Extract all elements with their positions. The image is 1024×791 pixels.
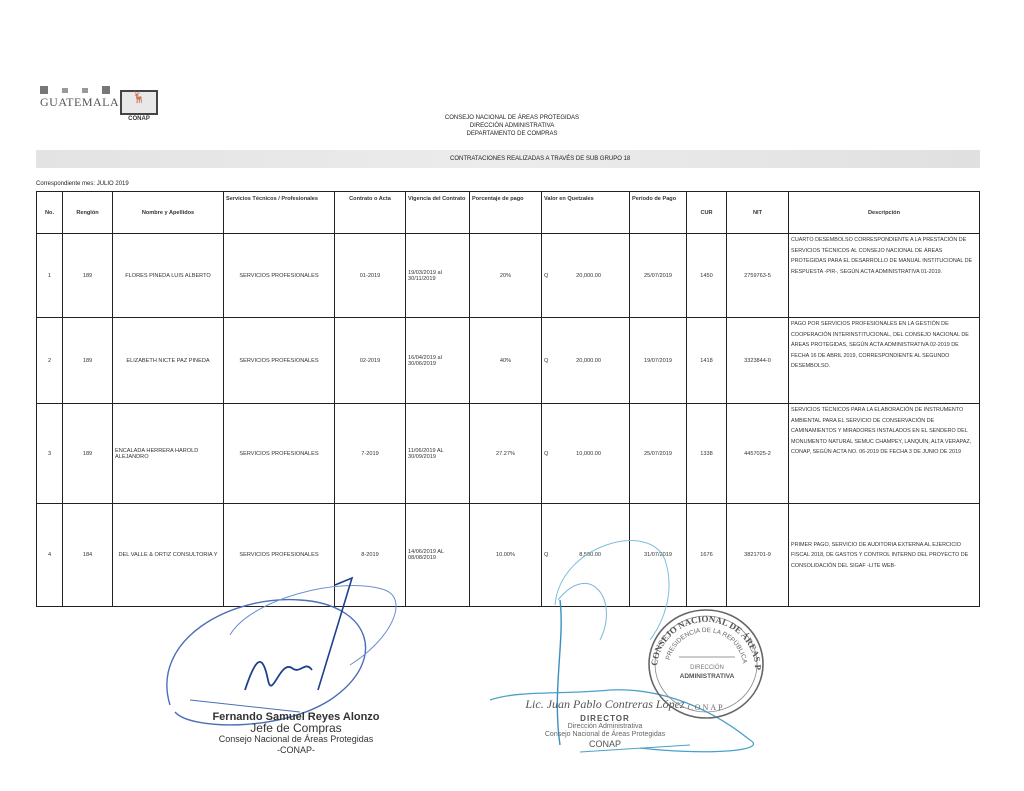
amount: 10,000.00 — [576, 451, 627, 457]
cell-valor: Q20,000.00 — [542, 234, 630, 318]
cell-porcentaje: 20% — [470, 234, 542, 318]
cell-no: 3 — [37, 404, 63, 504]
cell-periodo: 19/07/2019 — [630, 318, 687, 404]
cell-descripcion: PAGO POR SERVICIOS PROFESIONALES EN LA G… — [789, 318, 980, 404]
cell-contrato: 02-2019 — [335, 318, 406, 404]
cell-cur: 1338 — [687, 404, 727, 504]
signature-block-left: Fernando Samuel Reyes Alonzo Jefe de Com… — [196, 712, 396, 756]
cell-contrato: 8-2019 — [335, 504, 406, 607]
cell-vigencia: 11/06/2019 AL 30/09/2019 — [406, 404, 470, 504]
signer-org-short-right: CONAP — [505, 739, 705, 749]
document-header: CONSEJO NACIONAL DE ÁREAS PROTEGIDAS DIR… — [0, 114, 1024, 138]
table-row: 3 189 ENCALADA HERRERA HAROLD ALEJANDRO … — [37, 404, 980, 504]
cell-valor: Q8,500.00 — [542, 504, 630, 607]
cell-servicios: SERVICIOS PROFESIONALES — [224, 404, 335, 504]
cell-valor: Q20,000.00 — [542, 318, 630, 404]
signer-dept-right: Dirección Administrativa — [505, 723, 705, 731]
cell-descripcion: PRIMER PAGO, SERVICIO DE AUDITORIA EXTER… — [789, 504, 980, 607]
currency-symbol: Q — [544, 451, 548, 457]
cell-renglon: 189 — [63, 404, 113, 504]
conap-logo: 🦌 CONAP — [120, 90, 158, 115]
cell-servicios: SERVICIOS PROFESIONALES — [224, 318, 335, 404]
guatemala-logo: GUATEMALA — [40, 86, 114, 116]
cell-renglon: 184 — [63, 504, 113, 607]
banner-title: CONTRATACIONES REALIZADAS A TRAVÉS DE SU… — [450, 150, 630, 168]
header-institution: CONSEJO NACIONAL DE ÁREAS PROTEGIDAS — [0, 114, 1024, 122]
col-periodo: Periodo de Pago — [630, 192, 687, 234]
col-vigencia: Vigencia del Contrato — [406, 192, 470, 234]
period-value: JULIO 2019 — [97, 181, 129, 187]
cell-renglon: 189 — [63, 318, 113, 404]
cell-renglon: 189 — [63, 234, 113, 318]
title-banner: CONTRATACIONES REALIZADAS A TRAVÉS DE SU… — [36, 150, 980, 168]
cell-vigencia: 14/06/2019 AL 08/08/2019 — [406, 504, 470, 607]
col-descripcion: Descripción — [789, 192, 980, 234]
conap-emblem-icon: 🦌 — [122, 92, 156, 105]
cell-nit: 3323844-0 — [727, 318, 789, 404]
cell-valor: Q10,000.00 — [542, 404, 630, 504]
amount: 8,500.00 — [579, 552, 627, 558]
stamp-center-line1: DIRECCIÓN — [690, 664, 724, 671]
cell-servicios: SERVICIOS PROFESIONALES — [224, 234, 335, 318]
col-nit: NIT — [727, 192, 789, 234]
col-renglon: Renglón — [63, 192, 113, 234]
col-cur: CUR — [687, 192, 727, 234]
table-row: 4 184 DEL VALLE & ORTIZ CONSULTORIA Y SE… — [37, 504, 980, 607]
col-contrato: Contrato o Acta — [335, 192, 406, 234]
cell-porcentaje: 27.27% — [470, 404, 542, 504]
cell-descripcion: CUARTO DESEMBOLSO CORRESPONDIENTE A LA P… — [789, 234, 980, 318]
cell-servicios: SERVICIOS PROFESIONALES — [224, 504, 335, 607]
cell-porcentaje: 40% — [470, 318, 542, 404]
col-valor: Valor en Quetzales — [542, 192, 630, 234]
currency-symbol: Q — [544, 358, 548, 364]
cell-nombre: ELIZABETH NICTE PAZ PINEDA — [113, 318, 224, 404]
cell-vigencia: 16/04/2019 al 30/06/2019 — [406, 318, 470, 404]
cell-periodo: 25/07/2019 — [630, 234, 687, 318]
table-row: 2 189 ELIZABETH NICTE PAZ PINEDA SERVICI… — [37, 318, 980, 404]
cell-no: 1 — [37, 234, 63, 318]
coat-of-arms-icon — [40, 86, 110, 94]
cell-periodo: 31/07/2019 — [630, 504, 687, 607]
cell-nombre: FLORES PINEDA LUIS ALBERTO — [113, 234, 224, 318]
currency-symbol: Q — [544, 552, 548, 558]
cell-cur: 1676 — [687, 504, 727, 607]
header-department: DEPARTAMENTO DE COMPRAS — [0, 130, 1024, 138]
stamp-bottom-text: CONAP — [687, 703, 724, 712]
signer-role-left: Jefe de Compras — [196, 723, 396, 734]
cell-contrato: 7-2019 — [335, 404, 406, 504]
cell-nit: 3821701-9 — [727, 504, 789, 607]
official-stamp-icon: CONSEJO NACIONAL DE ÁREAS PROTEGIDAS PRE… — [645, 607, 767, 721]
cell-descripcion: SERVICIOS TÉCNICOS PARA LA ELABORACIÓN D… — [789, 404, 980, 504]
table-header-row: No. Renglón Nombre y Apellidos Servicios… — [37, 192, 980, 234]
cell-nit: 2759763-5 — [727, 234, 789, 318]
col-servicios: Servicios Técnicos / Profesionales — [224, 192, 335, 234]
cell-cur: 1418 — [687, 318, 727, 404]
header-direction: DIRECCIÓN ADMINISTRATIVA — [0, 122, 1024, 130]
period-label: Correspondiente mes: — [36, 181, 95, 187]
col-nombre: Nombre y Apellidos — [113, 192, 224, 234]
col-no: No. — [37, 192, 63, 234]
cell-cur: 1450 — [687, 234, 727, 318]
stamp-center-line2: ADMINISTRATIVA — [680, 673, 735, 680]
cell-vigencia: 19/03/2019 al 30/11/2019 — [406, 234, 470, 318]
signer-org-short-left: -CONAP- — [196, 745, 396, 756]
cell-porcentaje: 10.00% — [470, 504, 542, 607]
cell-periodo: 25/07/2019 — [630, 404, 687, 504]
cell-no: 4 — [37, 504, 63, 607]
signer-org-left: Consejo Nacional de Áreas Protegidas — [196, 734, 396, 745]
cell-nombre: DEL VALLE & ORTIZ CONSULTORIA Y — [113, 504, 224, 607]
guatemala-label: GUATEMALA — [40, 95, 114, 110]
table-row: 1 189 FLORES PINEDA LUIS ALBERTO SERVICI… — [37, 234, 980, 318]
signer-org-right: Consejo Nacional de Áreas Protegidas — [505, 731, 705, 739]
currency-symbol: Q — [544, 273, 548, 279]
amount: 20,000.00 — [576, 273, 627, 279]
cell-no: 2 — [37, 318, 63, 404]
cell-nombre: ENCALADA HERRERA HAROLD ALEJANDRO — [113, 404, 224, 504]
cell-contrato: 01-2019 — [335, 234, 406, 318]
amount: 20,000.00 — [576, 358, 627, 364]
contracts-table: No. Renglón Nombre y Apellidos Servicios… — [36, 191, 980, 607]
col-porcentaje: Porcentaje de pago — [470, 192, 542, 234]
period-line: Correspondiente mes: JULIO 2019 — [36, 181, 129, 187]
cell-nit: 4457025-2 — [727, 404, 789, 504]
